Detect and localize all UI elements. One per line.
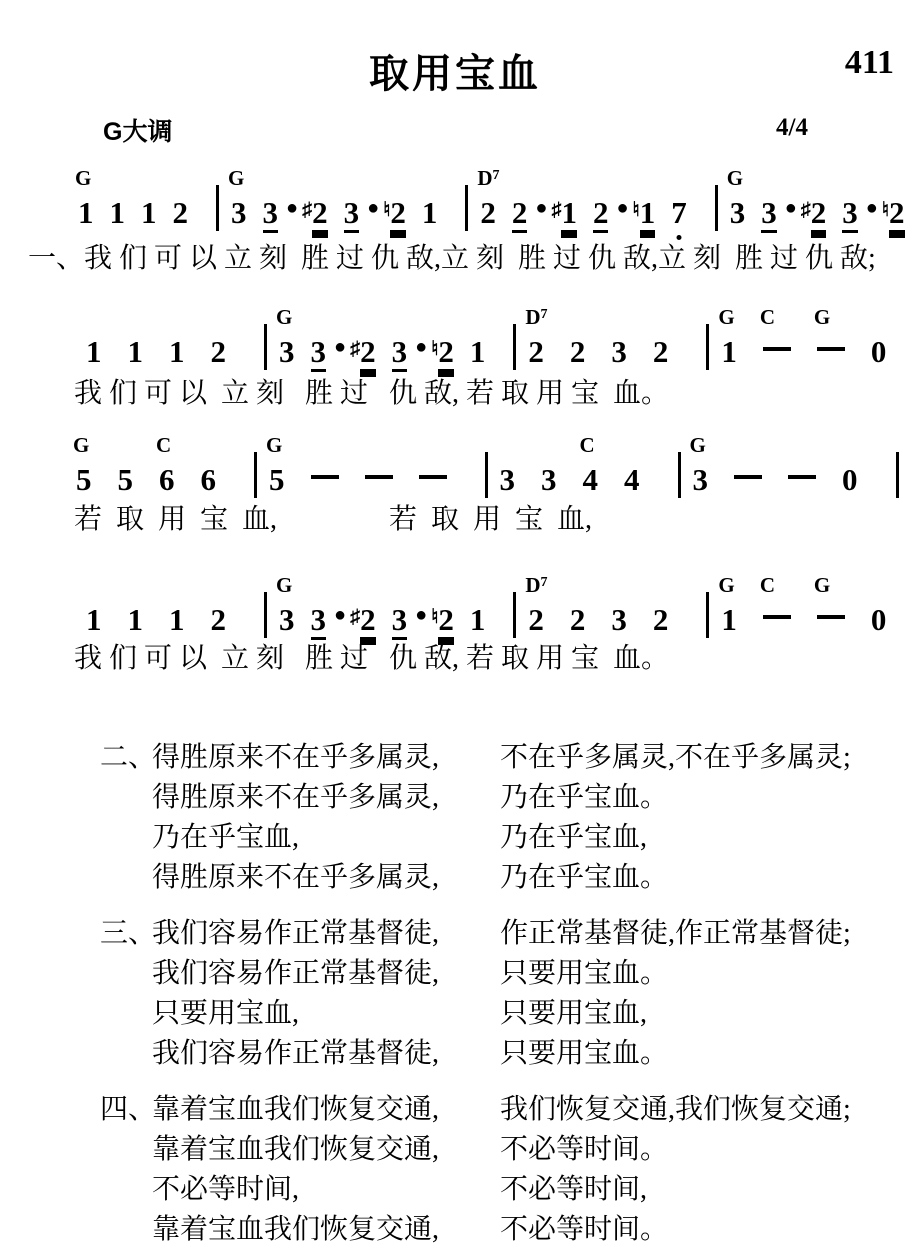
lyric-line-3: 若 取 用 宝 血, 若 取 用 宝 血, bbox=[74, 503, 592, 537]
note: 1G bbox=[721, 602, 737, 638]
chord-label: D7 bbox=[525, 307, 547, 328]
chord-label: C bbox=[156, 435, 171, 456]
chord-label: G bbox=[718, 575, 734, 596]
dash-mark bbox=[763, 615, 791, 619]
verse-line: 三、我们容易作正常基督徒,作正常基督徒,作正常基督徒; bbox=[100, 914, 906, 954]
note: 7 bbox=[671, 195, 687, 231]
natural-icon: ♮ bbox=[431, 606, 438, 628]
verse-line: 我们容易作正常基督徒,只要用宝血。 bbox=[100, 954, 906, 994]
natural-icon: ♮ bbox=[383, 199, 390, 221]
dash-mark bbox=[788, 475, 816, 479]
note-digit: 1 bbox=[141, 197, 157, 228]
natural-icon: ♮ bbox=[633, 199, 640, 221]
sharp-icon: ♯ bbox=[350, 606, 360, 628]
sharp-icon: ♯ bbox=[350, 338, 360, 360]
verse-left-text: 靠着宝血我们恢复交通, bbox=[152, 1130, 500, 1170]
note: 3 bbox=[392, 602, 408, 640]
chord-label: C bbox=[760, 575, 775, 596]
note: ♮1 bbox=[633, 195, 656, 233]
chord-label: G bbox=[814, 575, 830, 596]
dash-mark bbox=[763, 347, 791, 351]
note-digit: 5 bbox=[76, 464, 92, 495]
note: 3 bbox=[500, 462, 516, 498]
note-digit: 3 bbox=[392, 604, 408, 640]
augmentation-dot: ● bbox=[367, 197, 379, 220]
verse-right-text: 只要用宝血, bbox=[500, 994, 906, 1034]
note: 1 bbox=[169, 334, 185, 370]
note-digit: 6 bbox=[159, 464, 175, 495]
verse-left-text: 靠着宝血我们恢复交通, bbox=[152, 1090, 500, 1130]
note-digit: 3 bbox=[263, 197, 279, 233]
note: 3 bbox=[761, 195, 777, 233]
note-digit: 2 bbox=[438, 336, 454, 372]
lyric-line-2: 我 们 可 以 立 刻 胜 过 仇 敌, 若 取 用 宝 血。 bbox=[74, 377, 669, 411]
note: 2 bbox=[211, 334, 227, 370]
note-digit: 2 bbox=[570, 604, 586, 635]
note-digit: 2 bbox=[480, 197, 496, 228]
note-digit: 1 bbox=[721, 336, 737, 367]
chord-label: D7 bbox=[477, 168, 499, 189]
dash-mark bbox=[817, 347, 845, 351]
augmentation-dot: ● bbox=[785, 197, 797, 220]
augmentation-dot: ● bbox=[286, 197, 298, 220]
lyric-line-1: 一、我 们 可 以 立 刻 胜 过 仇 敌,立 刻 胜 过 仇 敌,立 刻 胜 … bbox=[28, 242, 876, 276]
note-digit: 3 bbox=[392, 336, 408, 372]
verse-number bbox=[100, 1170, 152, 1210]
note: 0 bbox=[871, 334, 887, 370]
music-line-3: 5G56C65G334C43G0 bbox=[76, 452, 910, 498]
chord-label: G bbox=[814, 307, 830, 328]
barline bbox=[896, 452, 899, 498]
dash-mark bbox=[311, 475, 339, 479]
note: 1G bbox=[78, 195, 94, 231]
key-signature: G大调 bbox=[103, 112, 172, 148]
note: 0 bbox=[871, 602, 887, 638]
note-digit: 3 bbox=[842, 197, 858, 233]
note: ♯2 bbox=[801, 195, 827, 233]
verse-right-text: 不必等时间。 bbox=[500, 1130, 906, 1170]
verse-line: 四、靠着宝血我们恢复交通,我们恢复交通,我们恢复交通; bbox=[100, 1090, 906, 1130]
verse-line: 得胜原来不在乎多属灵,乃在乎宝血。 bbox=[100, 778, 906, 818]
note-digit: 2 bbox=[360, 604, 376, 640]
verse-number bbox=[100, 818, 152, 858]
note-digit: 2 bbox=[390, 197, 406, 233]
hymn-sheet-page: 取用宝血 411 G大调 4/4 1G1123G3●♯23●♮212D72●♯1… bbox=[0, 0, 910, 1260]
note: 3 bbox=[611, 602, 627, 638]
note: 2D7 bbox=[528, 602, 544, 638]
note: 3 bbox=[611, 334, 627, 370]
note: 1 bbox=[422, 195, 438, 231]
note-digit: 3 bbox=[500, 464, 516, 495]
dash bbox=[734, 462, 762, 498]
note-digit: 2 bbox=[889, 197, 905, 233]
note-digit: 2 bbox=[173, 197, 189, 228]
note-digit: 3 bbox=[541, 464, 557, 495]
note: 2 bbox=[653, 334, 669, 370]
note: 1G bbox=[721, 334, 737, 370]
note-digit: 1 bbox=[86, 604, 102, 635]
verse-left-text: 不必等时间, bbox=[152, 1170, 500, 1210]
verse-block: 二、得胜原来不在乎多属灵,不在乎多属灵,不在乎多属灵;得胜原来不在乎多属灵,乃在… bbox=[100, 738, 906, 898]
verse-number: 四、 bbox=[100, 1090, 152, 1130]
note: 3 bbox=[311, 602, 327, 640]
note-digit: 0 bbox=[871, 604, 887, 635]
note: ♯2 bbox=[350, 334, 376, 372]
augmentation-dot: ● bbox=[535, 197, 547, 220]
chord-label: C bbox=[760, 307, 775, 328]
note-digit: 3 bbox=[279, 336, 295, 367]
note-digit: 2 bbox=[211, 336, 227, 367]
note: 2 bbox=[593, 195, 609, 233]
chord-label: G bbox=[276, 307, 292, 328]
verse-left-text: 靠着宝血我们恢复交通, bbox=[152, 1210, 500, 1250]
note: 3 bbox=[842, 195, 858, 233]
verse-line: 只要用宝血,只要用宝血, bbox=[100, 994, 906, 1034]
note-digit: 1 bbox=[78, 197, 94, 228]
note: 2 bbox=[512, 195, 528, 233]
note: 3G bbox=[279, 334, 295, 370]
sharp-icon: ♯ bbox=[551, 199, 561, 221]
note-digit: 3 bbox=[730, 197, 746, 228]
verse-left-text: 我们容易作正常基督徒, bbox=[152, 1034, 500, 1074]
verse-line: 靠着宝血我们恢复交通,不必等时间。 bbox=[100, 1210, 906, 1250]
note: 1 bbox=[128, 334, 144, 370]
note: 2 bbox=[211, 602, 227, 638]
barline bbox=[715, 185, 718, 231]
chord-label: D7 bbox=[525, 575, 547, 596]
augmentation-dot: ● bbox=[334, 336, 346, 359]
dash: G bbox=[817, 602, 845, 638]
note-digit: 5 bbox=[269, 464, 285, 495]
chord-label: G bbox=[75, 168, 91, 189]
verse-right-text: 作正常基督徒,作正常基督徒; bbox=[500, 914, 906, 954]
augmentation-dot: ● bbox=[616, 197, 628, 220]
verse-right-text: 乃在乎宝血, bbox=[500, 818, 906, 858]
dash bbox=[311, 462, 339, 498]
natural-icon: ♮ bbox=[882, 199, 889, 221]
note: 6 bbox=[201, 462, 217, 498]
verse-left-text: 乃在乎宝血, bbox=[152, 818, 500, 858]
dash bbox=[788, 462, 816, 498]
barline bbox=[706, 324, 709, 370]
verse-number: 二、 bbox=[100, 738, 152, 778]
dash-mark bbox=[734, 475, 762, 479]
note-digit: 1 bbox=[169, 336, 185, 367]
note-digit: 2 bbox=[528, 336, 544, 367]
dash: G bbox=[817, 334, 845, 370]
note: 3G bbox=[693, 462, 709, 498]
note: ♮2 bbox=[431, 334, 454, 372]
verse-number bbox=[100, 1130, 152, 1170]
dash-mark bbox=[365, 475, 393, 479]
barline bbox=[513, 324, 516, 370]
note: 5G bbox=[76, 462, 92, 498]
verse-number: 三、 bbox=[100, 914, 152, 954]
note: 1 bbox=[470, 602, 486, 638]
natural-icon: ♮ bbox=[431, 338, 438, 360]
barline bbox=[264, 592, 267, 638]
chord-label: G bbox=[690, 435, 706, 456]
note-digit: 1 bbox=[721, 604, 737, 635]
lyric-line-4: 我 们 可 以 立 刻 胜 过 仇 敌, 若 取 用 宝 血。 bbox=[74, 642, 669, 676]
note: ♯2 bbox=[350, 602, 376, 640]
barline bbox=[254, 452, 257, 498]
note-digit: 3 bbox=[611, 336, 627, 367]
chord-label: G bbox=[228, 168, 244, 189]
note: 4 bbox=[624, 462, 640, 498]
page-number: 411 bbox=[845, 44, 894, 82]
chord-label: G bbox=[73, 435, 89, 456]
note-digit: 3 bbox=[344, 197, 360, 233]
barline bbox=[513, 592, 516, 638]
note: 3G bbox=[279, 602, 295, 638]
note-digit: 4 bbox=[583, 464, 599, 495]
music-line-2: 11123G3●♯23●♮212D72321GCG0 bbox=[86, 324, 910, 372]
verse-left-text: 我们容易作正常基督徒, bbox=[152, 914, 500, 954]
verse-number bbox=[100, 778, 152, 818]
barline bbox=[678, 452, 681, 498]
barline bbox=[216, 185, 219, 231]
note-digit: 3 bbox=[311, 336, 327, 372]
note-digit: 2 bbox=[653, 336, 669, 367]
verse-number bbox=[100, 1034, 152, 1074]
note-digit: 0 bbox=[871, 336, 887, 367]
verse-right-text: 只要用宝血。 bbox=[500, 1034, 906, 1074]
note: 2 bbox=[570, 334, 586, 370]
note: 2D7 bbox=[480, 195, 496, 231]
note-digit: 1 bbox=[128, 604, 144, 635]
note: 2 bbox=[570, 602, 586, 638]
chord-label: G bbox=[276, 575, 292, 596]
augmentation-dot: ● bbox=[415, 604, 427, 627]
verse-line: 靠着宝血我们恢复交通,不必等时间。 bbox=[100, 1130, 906, 1170]
note: 0 bbox=[842, 462, 858, 498]
note: 2D7 bbox=[528, 334, 544, 370]
verse-block: 四、靠着宝血我们恢复交通,我们恢复交通,我们恢复交通;靠着宝血我们恢复交通,不必… bbox=[100, 1090, 906, 1250]
note-digit: 1 bbox=[640, 197, 656, 233]
verse-right-text: 不在乎多属灵,不在乎多属灵; bbox=[500, 738, 906, 778]
note: 1 bbox=[86, 334, 102, 370]
verse-line: 二、得胜原来不在乎多属灵,不在乎多属灵,不在乎多属灵; bbox=[100, 738, 906, 778]
note: 3 bbox=[392, 334, 408, 372]
note-digit: 5 bbox=[118, 464, 134, 495]
note-digit: 1 bbox=[169, 604, 185, 635]
dash-mark bbox=[419, 475, 447, 479]
augmentation-dot: ● bbox=[866, 197, 878, 220]
dash bbox=[365, 462, 393, 498]
note: ♮2 bbox=[383, 195, 406, 233]
note: 6C bbox=[159, 462, 175, 498]
note: 1 bbox=[86, 602, 102, 638]
note: 3G bbox=[231, 195, 247, 231]
time-signature: 4/4 bbox=[776, 114, 808, 142]
note-digit: 2 bbox=[211, 604, 227, 635]
note: 3G bbox=[730, 195, 746, 231]
note-digit: 1 bbox=[561, 197, 577, 233]
verse-right-text: 不必等时间。 bbox=[500, 1210, 906, 1250]
music-line-1: 1G1123G3●♯23●♮212D72●♯12●♮173G3●♯23●♮21 bbox=[78, 185, 910, 233]
note-digit-low-octave: 7 bbox=[671, 197, 687, 228]
verse-line: 不必等时间,不必等时间, bbox=[100, 1170, 906, 1210]
note-digit: 2 bbox=[360, 336, 376, 372]
note-digit: 1 bbox=[470, 336, 486, 367]
barline bbox=[706, 592, 709, 638]
note-digit: 2 bbox=[653, 604, 669, 635]
verse-right-text: 乃在乎宝血。 bbox=[500, 778, 906, 818]
note-digit: 1 bbox=[470, 604, 486, 635]
note-digit: 2 bbox=[570, 336, 586, 367]
sharp-icon: ♯ bbox=[801, 199, 811, 221]
dash bbox=[419, 462, 447, 498]
verse-right-text: 不必等时间, bbox=[500, 1170, 906, 1210]
note-digit: 2 bbox=[593, 197, 609, 233]
verse-right-text: 只要用宝血。 bbox=[500, 954, 906, 994]
chord-label: G bbox=[727, 168, 743, 189]
note-digit: 6 bbox=[201, 464, 217, 495]
verse-number bbox=[100, 1210, 152, 1250]
note-digit: 1 bbox=[128, 336, 144, 367]
verse-line: 得胜原来不在乎多属灵,乃在乎宝血。 bbox=[100, 858, 906, 898]
verse-left-text: 只要用宝血, bbox=[152, 994, 500, 1034]
verse-right-text: 我们恢复交通,我们恢复交通; bbox=[500, 1090, 906, 1130]
note: 4C bbox=[583, 462, 599, 498]
note-digit: 2 bbox=[528, 604, 544, 635]
sharp-icon: ♯ bbox=[302, 199, 312, 221]
note: ♯1 bbox=[551, 195, 577, 233]
verse-number bbox=[100, 954, 152, 994]
verse-block: 三、我们容易作正常基督徒,作正常基督徒,作正常基督徒;我们容易作正常基督徒,只要… bbox=[100, 914, 906, 1074]
note: 3 bbox=[541, 462, 557, 498]
note: 2 bbox=[173, 195, 189, 231]
note-digit: 3 bbox=[693, 464, 709, 495]
barline bbox=[264, 324, 267, 370]
note: 2 bbox=[653, 602, 669, 638]
note-digit: 1 bbox=[86, 336, 102, 367]
note: ♮2 bbox=[882, 195, 905, 233]
verse-left-text: 得胜原来不在乎多属灵, bbox=[152, 778, 500, 818]
verse-left-text: 得胜原来不在乎多属灵, bbox=[152, 738, 500, 778]
verses: 二、得胜原来不在乎多属灵,不在乎多属灵,不在乎多属灵;得胜原来不在乎多属灵,乃在… bbox=[100, 738, 906, 1260]
dash: C bbox=[763, 334, 791, 370]
note: 1 bbox=[128, 602, 144, 638]
note-digit: 2 bbox=[438, 604, 454, 640]
note-digit: 2 bbox=[811, 197, 827, 233]
verse-number bbox=[100, 858, 152, 898]
augmentation-dot: ● bbox=[334, 604, 346, 627]
note: 1 bbox=[141, 195, 157, 231]
note-digit: 3 bbox=[279, 604, 295, 635]
augmentation-dot: ● bbox=[415, 336, 427, 359]
note: ♮2 bbox=[431, 602, 454, 640]
dash: C bbox=[763, 602, 791, 638]
note: 3 bbox=[311, 334, 327, 372]
note-digit: 3 bbox=[611, 604, 627, 635]
note-digit: 1 bbox=[110, 197, 126, 228]
barline bbox=[465, 185, 468, 231]
chord-label: G bbox=[266, 435, 282, 456]
note: ♯2 bbox=[302, 195, 328, 233]
verse-left-text: 我们容易作正常基督徒, bbox=[152, 954, 500, 994]
verse-right-text: 乃在乎宝血。 bbox=[500, 858, 906, 898]
verse-number bbox=[100, 994, 152, 1034]
note-digit: 3 bbox=[231, 197, 247, 228]
note-digit: 4 bbox=[624, 464, 640, 495]
note: 5G bbox=[269, 462, 285, 498]
note-digit: 3 bbox=[761, 197, 777, 233]
page-title: 取用宝血 bbox=[0, 42, 910, 99]
note-digit: 3 bbox=[311, 604, 327, 640]
verse-line: 我们容易作正常基督徒,只要用宝血。 bbox=[100, 1034, 906, 1074]
note-digit: 2 bbox=[512, 197, 528, 233]
note-digit: 2 bbox=[312, 197, 328, 233]
note: 3 bbox=[263, 195, 279, 233]
dash-mark bbox=[817, 615, 845, 619]
note: 1 bbox=[470, 334, 486, 370]
note: 1 bbox=[110, 195, 126, 231]
barline bbox=[485, 452, 488, 498]
note: 3 bbox=[344, 195, 360, 233]
verse-line: 乃在乎宝血,乃在乎宝血, bbox=[100, 818, 906, 858]
note: 5 bbox=[118, 462, 134, 498]
note-digit: 1 bbox=[422, 197, 438, 228]
note: 1 bbox=[169, 602, 185, 638]
verse-left-text: 得胜原来不在乎多属灵, bbox=[152, 858, 500, 898]
note-digit: 0 bbox=[842, 464, 858, 495]
chord-label: C bbox=[580, 435, 595, 456]
chord-label: G bbox=[718, 307, 734, 328]
